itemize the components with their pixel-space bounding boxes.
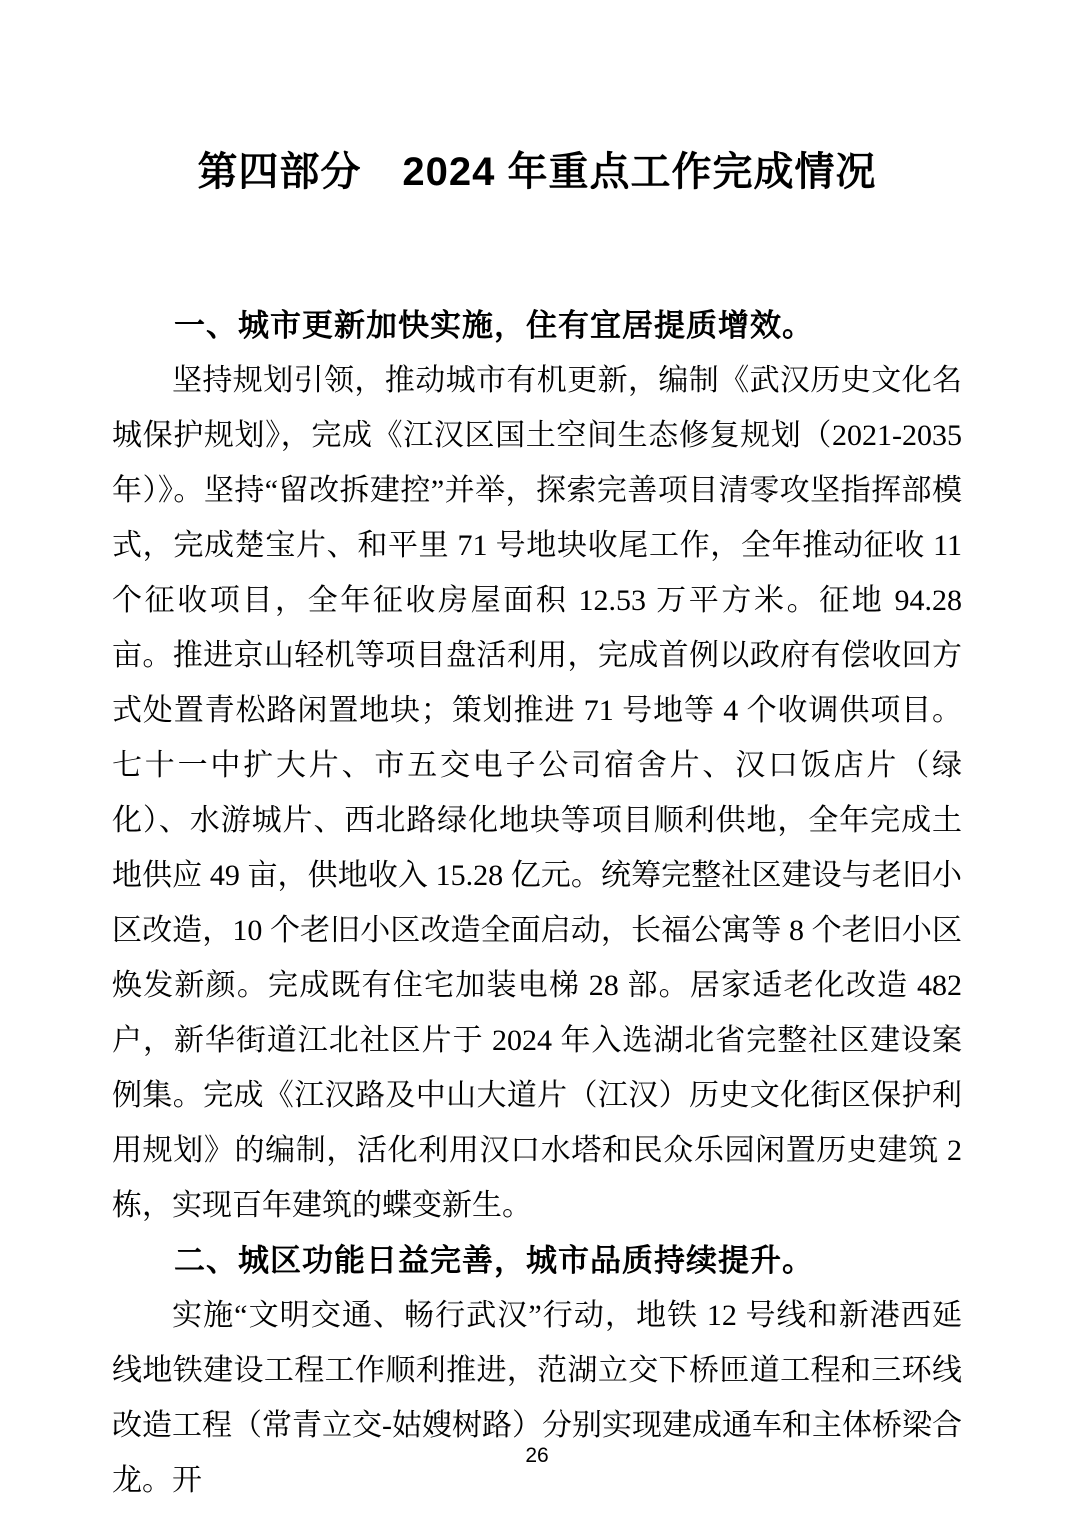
section-1-heading: 一、城市更新加快实施，住有宜居提质增效。 bbox=[112, 298, 962, 353]
document-body: 一、城市更新加快实施，住有宜居提质增效。 坚持规划引领，推动城市有机更新，编制《… bbox=[112, 298, 962, 1508]
section-2-paragraph: 实施“文明交通、畅行武汉”行动，地铁 12 号线和新港西延线地铁建设工程工作顺利… bbox=[112, 1288, 962, 1508]
section-1-paragraph: 坚持规划引领，推动城市有机更新，编制《武汉历史文化名城保护规划》，完成《江汉区国… bbox=[112, 353, 962, 1233]
page-title: 第四部分 2024 年重点工作完成情况 bbox=[112, 148, 962, 196]
document-page: 第四部分 2024 年重点工作完成情况 一、城市更新加快实施，住有宜居提质增效。… bbox=[0, 0, 1074, 1520]
section-2-heading: 二、城区功能日益完善，城市品质持续提升。 bbox=[112, 1233, 962, 1288]
page-number: 26 bbox=[0, 1444, 1074, 1468]
